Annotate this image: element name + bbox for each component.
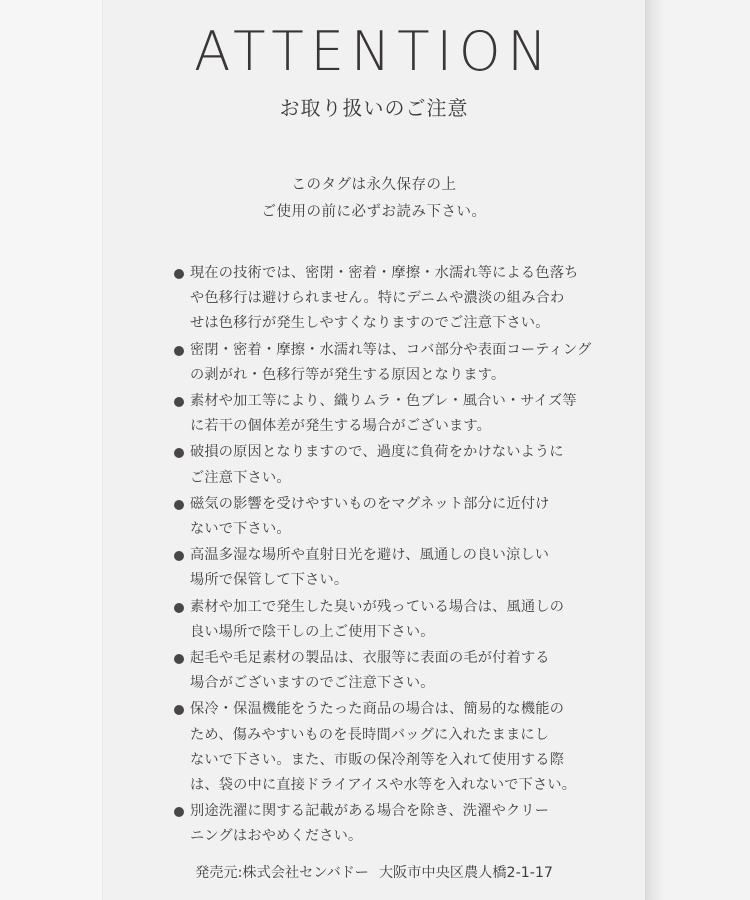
- bullet-icon: [174, 500, 184, 510]
- caution-item: 磁気の影響を受けやすいものをマグネット部分に近付け ないで下さい。: [173, 492, 603, 542]
- caution-line: の剥がれ・色移行等が発生する原因となります。: [190, 363, 603, 388]
- caution-line: は、袋の中に直接ドライアイスや水等を入れないで下さい。: [190, 773, 603, 798]
- caution-line: 場所で保管して下さい。: [190, 568, 603, 593]
- caution-line: 場合がございますのでご注意下さい。: [190, 671, 603, 696]
- bullet-icon: [174, 654, 184, 664]
- caution-line: ないで下さい。また、市販の保冷剤等を入れて使用する際: [190, 748, 603, 773]
- caution-line: 素材や加工等により、織りムラ・色ブレ・風合い・サイズ等: [190, 389, 603, 414]
- caution-item: 別途洗濯に関する記載がある場合を除き、洗濯やクリー ニングはおやめください。: [173, 799, 603, 849]
- caution-line: ため、傷みやすいものを長時間バッグに入れたままにし: [190, 723, 603, 748]
- bullet-icon: [174, 269, 184, 279]
- bullet-icon: [174, 551, 184, 561]
- intro-text: このタグは永久保存の上 ご使用の前に必ずお読み下さい。: [103, 172, 645, 226]
- caution-line: 良い場所で陰干しの上ご使用下さい。: [190, 620, 603, 645]
- caution-item: 素材や加工等により、織りムラ・色ブレ・風合い・サイズ等 に若干の個体差が発生する…: [173, 389, 603, 439]
- caution-line: ないで下さい。: [190, 517, 603, 542]
- seller-info: 発売元:株式会社センバドー大阪市中央区農人橋2-1-17: [103, 861, 645, 885]
- seller-name: 発売元:株式会社センバドー: [195, 865, 369, 881]
- caution-list: 現在の技術では、密閉・密着・摩擦・水濡れ等による色落ち や色移行は避けられません…: [173, 261, 603, 851]
- caution-item: 密閉・密着・摩擦・水濡れ等は、コバ部分や表面コーティング の剥がれ・色移行等が発…: [173, 338, 603, 388]
- caution-item: 保冷・保温機能をうたった商品の場合は、簡易的な機能の ため、傷みやすいものを長時…: [173, 697, 603, 798]
- caution-item: 高温多湿な場所や直射日光を避け、風通しの良い涼しい 場所で保管して下さい。: [173, 543, 603, 593]
- caution-line: 保冷・保温機能をうたった商品の場合は、簡易的な機能の: [190, 697, 603, 722]
- caution-line: ニングはおやめください。: [190, 824, 603, 849]
- caution-line: に若干の個体差が発生する場合がございます。: [190, 414, 603, 439]
- caution-line: 破損の原因となりますので、過度に負荷をかけないように: [190, 440, 603, 465]
- caution-item: 破損の原因となりますので、過度に負荷をかけないように ご注意下さい。: [173, 440, 603, 490]
- caution-line: せは色移行が発生しやすくなりますのでご注意下さい。: [190, 311, 603, 336]
- caution-item: 素材や加工で発生した臭いが残っている場合は、風通しの 良い場所で陰干しの上ご使用…: [173, 595, 603, 645]
- bullet-icon: [174, 705, 184, 715]
- bullet-icon: [174, 346, 184, 356]
- bullet-icon: [174, 807, 184, 817]
- caution-line: 磁気の影響を受けやすいものをマグネット部分に近付け: [190, 492, 603, 517]
- tag-title: ATTENTION: [108, 22, 639, 82]
- caution-line: 素材や加工で発生した臭いが残っている場合は、風通しの: [190, 595, 603, 620]
- bullet-icon: [174, 397, 184, 407]
- caution-line: 高温多湿な場所や直射日光を避け、風通しの良い涼しい: [190, 543, 603, 568]
- caution-line: ご注意下さい。: [190, 466, 603, 491]
- bullet-icon: [174, 448, 184, 458]
- intro-line: ご使用の前に必ずお読み下さい。: [103, 199, 645, 226]
- care-tag: ATTENTION お取り扱いのご注意 このタグは永久保存の上 ご使用の前に必ず…: [103, 0, 645, 900]
- tag-edge-shadow: [645, 0, 663, 900]
- tag-subtitle: お取り扱いのご注意: [103, 94, 645, 122]
- photo-background: ATTENTION お取り扱いのご注意 このタグは永久保存の上 ご使用の前に必ず…: [0, 0, 750, 900]
- intro-line: このタグは永久保存の上: [103, 172, 645, 199]
- caution-line: 密閉・密着・摩擦・水濡れ等は、コバ部分や表面コーティング: [190, 338, 603, 363]
- caution-line: 現在の技術では、密閉・密着・摩擦・水濡れ等による色落ち: [190, 261, 603, 286]
- caution-line: 起毛や毛足素材の製品は、衣服等に表面の毛が付着する: [190, 646, 603, 671]
- caution-item: 起毛や毛足素材の製品は、衣服等に表面の毛が付着する 場合がございますのでご注意下…: [173, 646, 603, 696]
- bullet-icon: [174, 603, 184, 613]
- caution-line: 別途洗濯に関する記載がある場合を除き、洗濯やクリー: [190, 799, 603, 824]
- caution-line: や色移行は避けられません。特にデニムや濃淡の組み合わ: [190, 286, 603, 311]
- caution-item: 現在の技術では、密閉・密着・摩擦・水濡れ等による色落ち や色移行は避けられません…: [173, 261, 603, 337]
- seller-address: 大阪市中央区農人橋2-1-17: [379, 865, 553, 881]
